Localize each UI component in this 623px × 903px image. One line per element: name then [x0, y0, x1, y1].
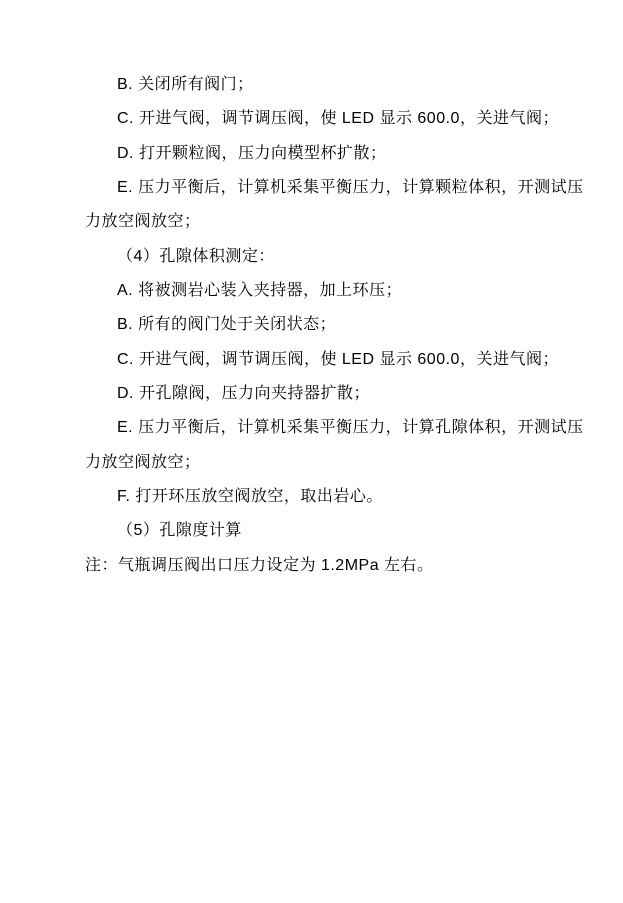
section-heading: （5）孔隙度计算 — [85, 514, 543, 548]
text-line: A. 将被测岩心装入夹持器，加上环压； — [85, 274, 543, 308]
text-line: B. 所有的阀门处于关闭状态； — [85, 308, 543, 342]
text-line: 力放空阀放空； — [85, 205, 543, 239]
note-line: 注：气瓶调压阀出口压力设定为 1.2MPa 左右。 — [85, 549, 543, 583]
section-heading: （4）孔隙体积测定： — [85, 240, 543, 274]
text-line: E. 压力平衡后，计算机采集平衡压力，计算颗粒体积，开测试压 — [85, 171, 543, 205]
text-line: F. 打开环压放空阀放空，取出岩心。 — [85, 480, 543, 514]
text-line: 力放空阀放空； — [85, 446, 543, 480]
text-line: B. 关闭所有阀门； — [85, 68, 543, 102]
document-page: B. 关闭所有阀门； C. 开进气阀，调节调压阀，使 LED 显示 600.0，… — [0, 0, 623, 903]
text-line: E. 压力平衡后，计算机采集平衡压力，计算孔隙体积，开测试压 — [85, 411, 543, 445]
text-line: C. 开进气阀，调节调压阀，使 LED 显示 600.0，关进气阀； — [85, 343, 543, 377]
text-line: D. 打开颗粒阀，压力向模型杯扩散； — [85, 137, 543, 171]
text-line: C. 开进气阀，调节调压阀，使 LED 显示 600.0，关进气阀； — [85, 102, 543, 136]
text-line: D. 开孔隙阀，压力向夹持器扩散； — [85, 377, 543, 411]
